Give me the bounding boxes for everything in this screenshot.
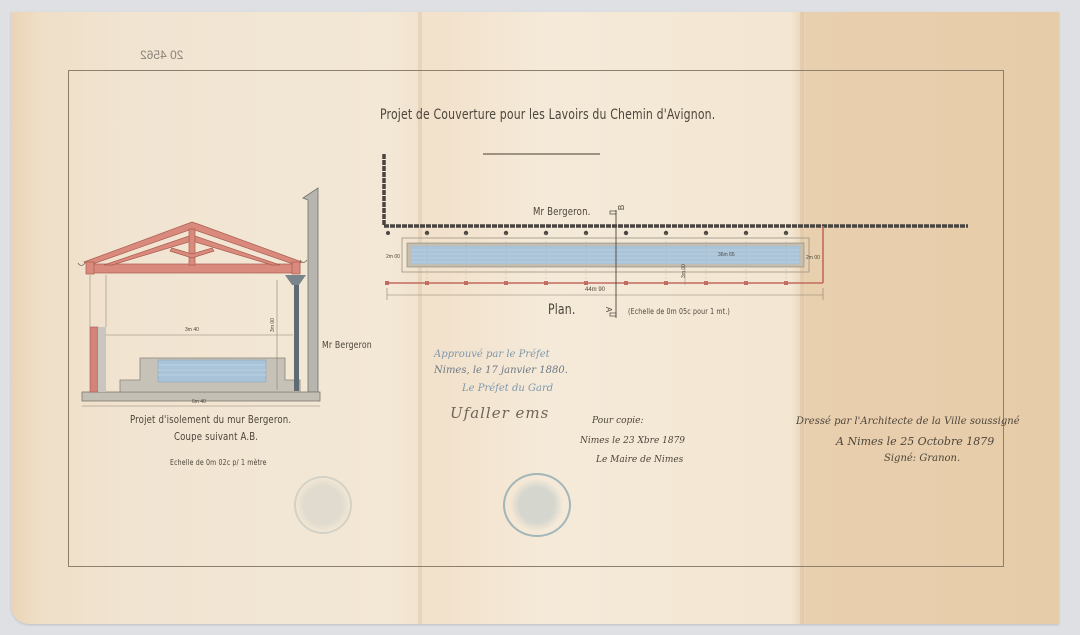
plan-dim-left-margin: 2m 00 (386, 254, 400, 260)
faded-seal-stamp (294, 476, 352, 534)
section-dim-height: 3m 00 (270, 318, 276, 332)
plan-dim-basin: 36m 65 (718, 252, 735, 258)
copy-certification-date: Nimes le 23 Xbre 1879 (580, 436, 685, 446)
plan-section-mark-b: B (617, 205, 626, 210)
plan-dim-total-length: 44m 90 (585, 287, 605, 293)
section-neighbor-label: Mr Bergeron (322, 340, 372, 351)
plan-scale: (Echelle de 0m 05c pour 1 mt.) (628, 307, 730, 316)
floor-plan (384, 154, 968, 318)
architect-date: A Nimes le 25 Octobre 1879 (836, 435, 994, 448)
plan-label: Plan. (548, 302, 575, 318)
plan-dim-offset: 3m 00 (681, 264, 687, 278)
prefect-title: Le Préfet du Gard (462, 383, 553, 394)
plan-dim-right-margin: 2m 00 (806, 255, 820, 261)
city-seal-stamp (503, 473, 571, 537)
copy-certification-mayor: Le Maire de Nimes (596, 455, 683, 465)
prefect-signature: Ufaller ems (450, 404, 549, 422)
section-scale: Echelle de 0m 02c p/ 1 mètre (170, 458, 267, 467)
section-dim-total-width: 6m 40 (192, 399, 206, 405)
copy-certification-line1: Pour copie: (592, 416, 644, 426)
prefect-approval-line1: Approuvé par le Préfet (434, 349, 550, 360)
section-caption-cut: Coupe suivant A.B. (174, 430, 258, 443)
architect-line1: Dressé par l'Architecte de la Ville sous… (796, 416, 1020, 427)
section-elevation (78, 188, 320, 406)
architect-signature: Signé: Granon. (884, 453, 960, 464)
plan-neighbor-label: Mr Bergeron. (533, 205, 591, 218)
section-dim-inner-width: 3m 40 (185, 327, 199, 333)
technical-drawing (0, 0, 1080, 635)
prefect-approval-date: Nimes, le 17 janvier 1880. (434, 365, 568, 376)
section-caption: Projet d'isolement du mur Bergeron. (130, 413, 291, 426)
plan-section-mark-a: A (604, 307, 613, 312)
